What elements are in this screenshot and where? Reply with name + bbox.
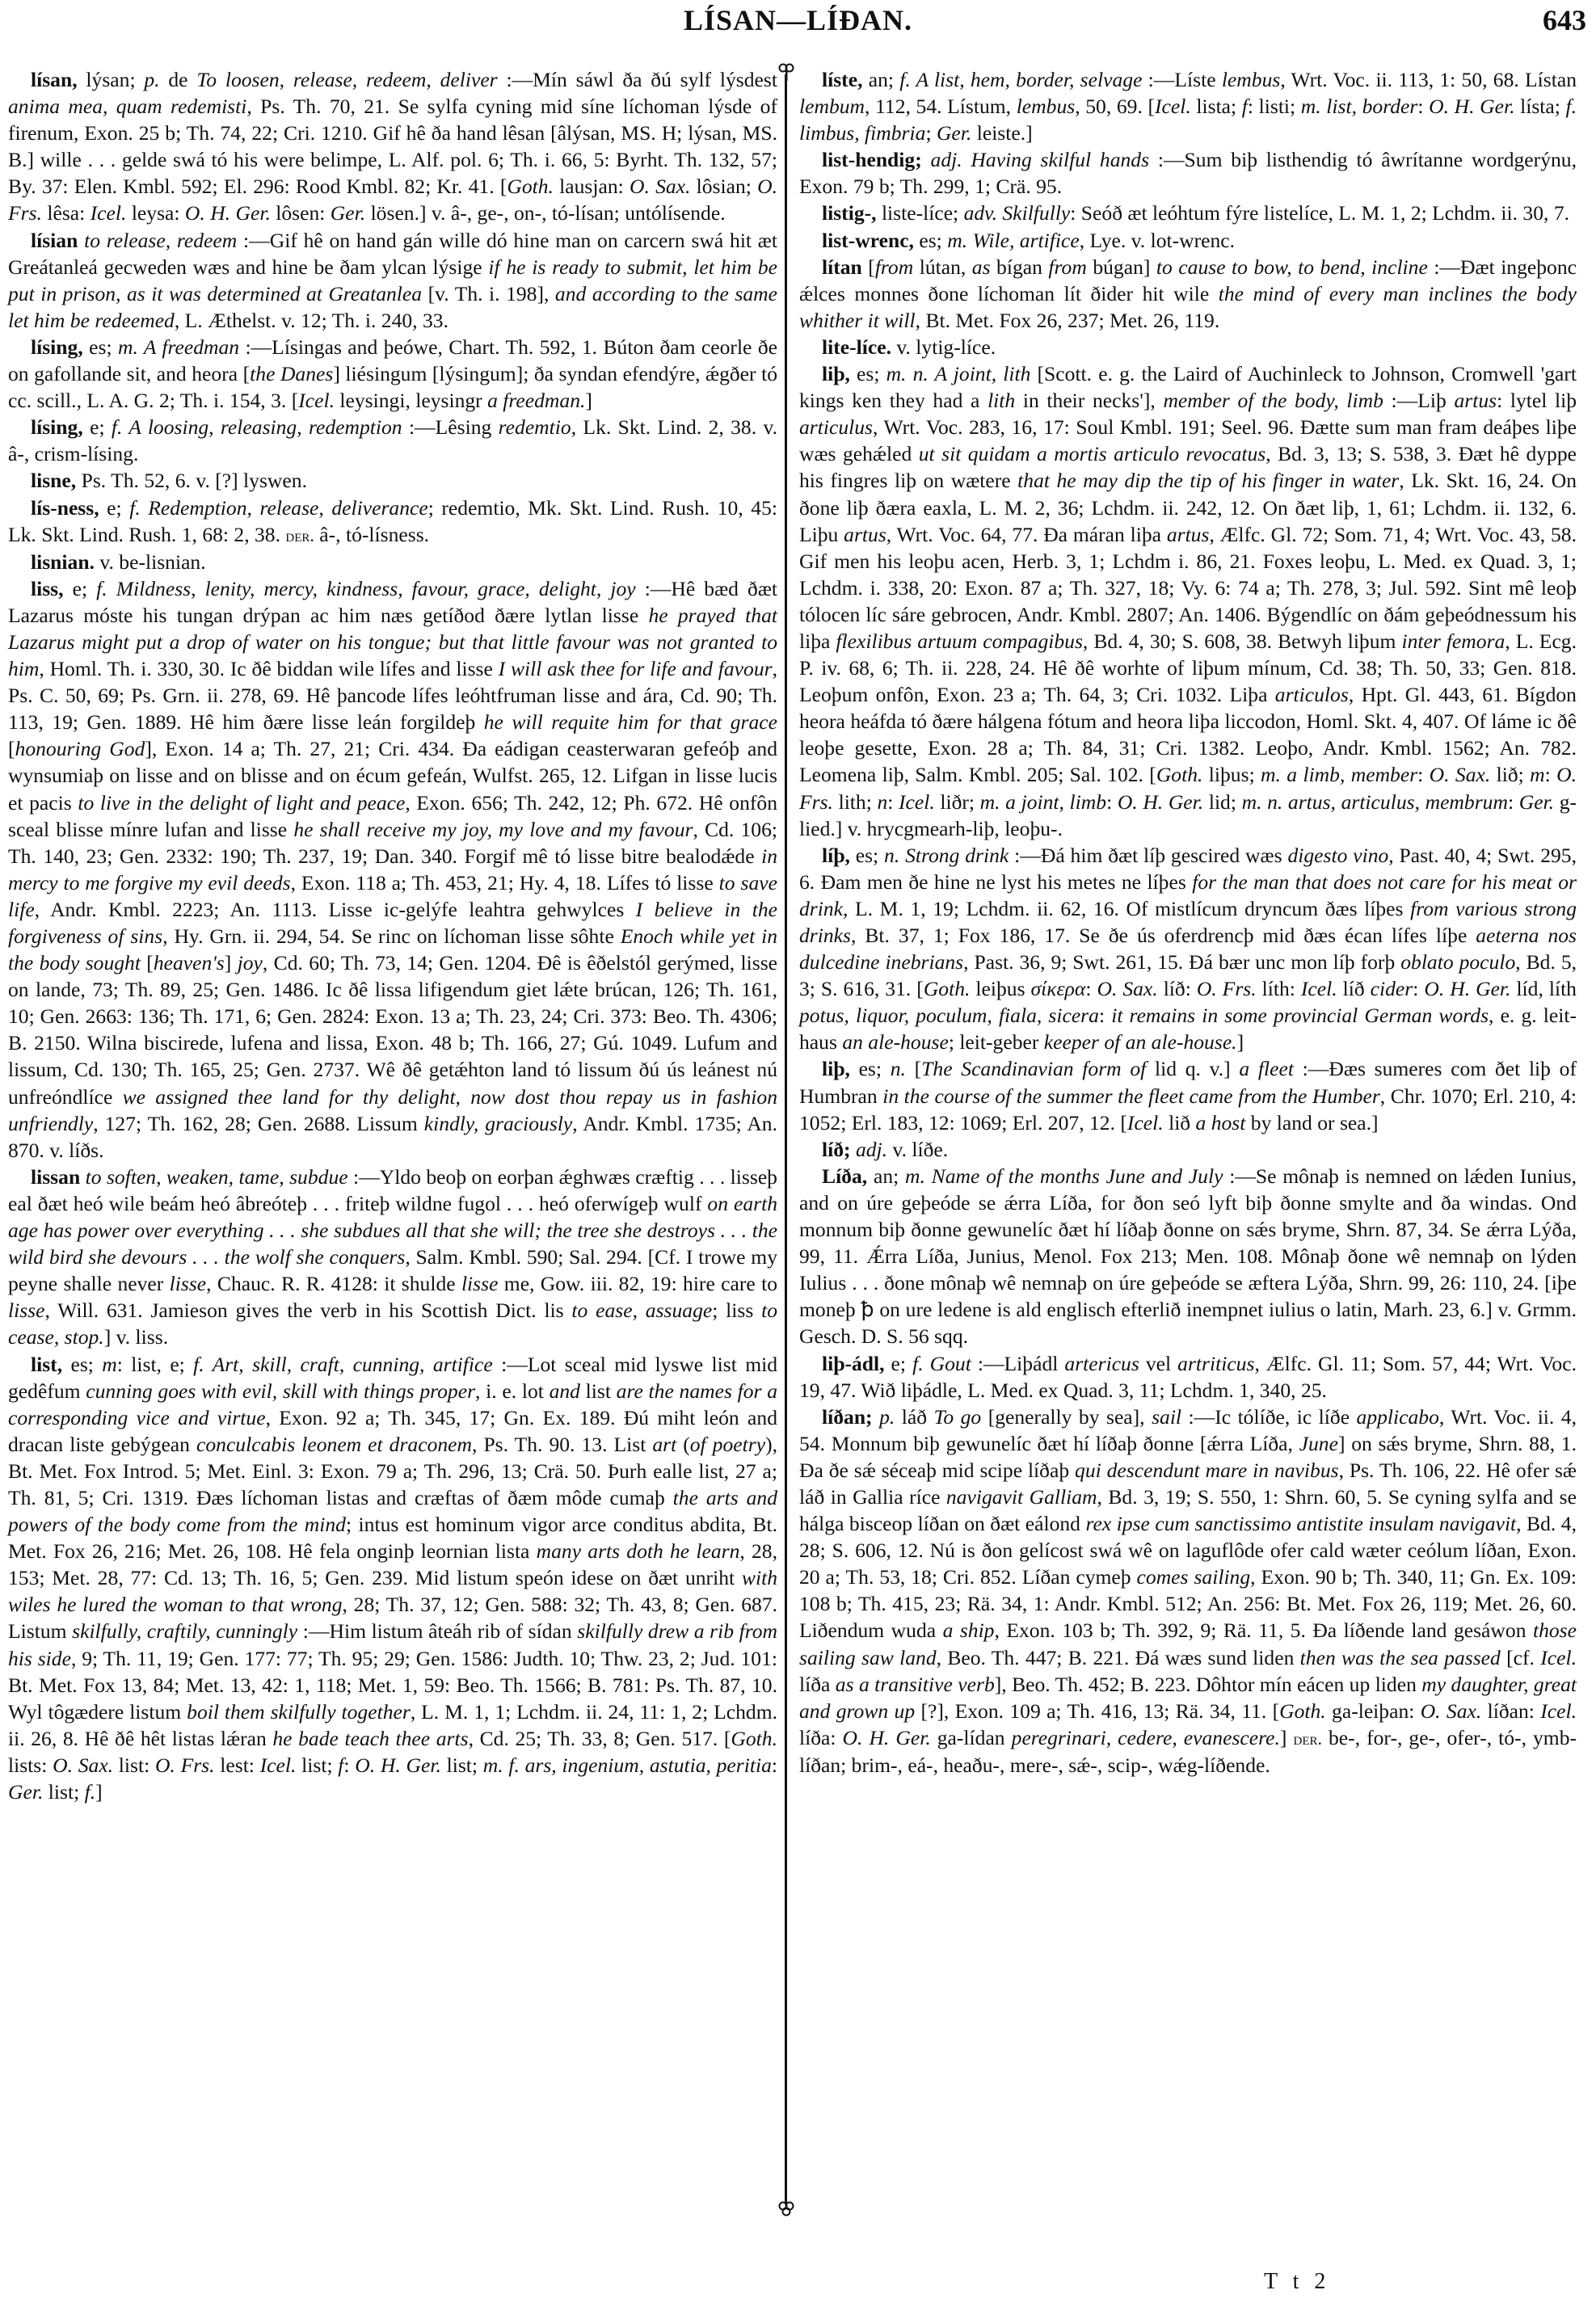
italic-gloss: artus <box>844 523 886 546</box>
italic-gloss: m. a limb, member <box>1261 763 1417 786</box>
dictionary-entry: liþ-ádl, e; f. Gout :—Liþádl artericus v… <box>799 1350 1577 1404</box>
italic-gloss: m. n. artus, articulus, membrum <box>1242 790 1508 814</box>
entry-text: lôsen: <box>271 201 331 225</box>
entry-text: : <box>1106 790 1118 814</box>
entry-text: lútan, <box>913 255 972 279</box>
headword: lite-líce. <box>822 335 891 359</box>
headword: lítan <box>822 255 862 279</box>
entry-text: :—Liþádl <box>971 1352 1065 1375</box>
italic-gloss: Icel. <box>899 790 935 814</box>
italic-gloss: articulos <box>1275 683 1349 706</box>
small-caps-label: der. <box>1293 1728 1322 1749</box>
entry-text: [ <box>8 737 15 760</box>
entry-text: , 127; Th. 162, 28; Gen. 2688. Lissum <box>93 1112 424 1135</box>
dictionary-entry: lisnian. v. be-lisnian. <box>8 549 777 575</box>
entry-text: lists: <box>8 1753 53 1777</box>
entry-text: : <box>1545 763 1556 786</box>
entry-text: ] <box>225 951 238 974</box>
entry-text: [ <box>862 255 875 279</box>
entry-text: ; <box>925 121 937 145</box>
headword: list, <box>31 1353 62 1376</box>
italic-gloss: ut sit quidam a mortis articulo revocatu… <box>919 442 1266 465</box>
entry-text: lista; <box>1191 95 1242 118</box>
headword: lísing, <box>31 415 83 439</box>
italic-gloss: he will requite him for that grace <box>484 710 777 734</box>
entry-text: , Andr. Kmbl. 2223; An. 1113. Lisse ic-g… <box>35 898 636 921</box>
italic-gloss: Goth. <box>731 1727 777 1750</box>
italic-gloss: Icel. <box>1127 1111 1164 1134</box>
italic-gloss: qui descendunt mare in navibus <box>1075 1459 1339 1482</box>
italic-gloss: from <box>1048 255 1086 279</box>
entry-text: an; <box>867 1164 905 1188</box>
italic-gloss: O. Sax. <box>1097 977 1157 1000</box>
italic-gloss: Icel. <box>1540 1699 1577 1723</box>
entry-text: lið; <box>1490 763 1530 786</box>
dictionary-entry: líðan; p. láð To go [generally by sea], … <box>799 1404 1577 1779</box>
italic-gloss: lisse <box>170 1272 207 1295</box>
entry-text: , i. e. lot <box>475 1379 550 1403</box>
dictionary-entry: list, es; m: list, e; f. Art, skill, cra… <box>8 1351 777 1806</box>
italic-gloss: lembus <box>1222 68 1281 91</box>
italic-gloss: lembum <box>799 95 865 118</box>
entry-text: búgan] <box>1087 255 1156 279</box>
entry-text: es; <box>83 335 118 359</box>
italic-gloss: comes sailing <box>1137 1565 1251 1589</box>
entry-text: es; <box>62 1353 102 1376</box>
italic-gloss: f. A loosing, releasing, redemption <box>112 415 402 439</box>
headword: lís-ness, <box>31 496 99 520</box>
entry-text: leiþus <box>970 977 1030 1000</box>
entry-text: , Will. 631. Jamieson gives the verb in … <box>45 1299 572 1322</box>
entry-text: : <box>1099 1004 1111 1027</box>
italic-gloss: articulus <box>799 415 873 439</box>
entry-text: : <box>343 1753 355 1777</box>
entry-text: â-, tó-lísness. <box>314 523 429 546</box>
italic-gloss: navigavit Galliam <box>946 1485 1097 1509</box>
dictionary-entry: líþ, es; n. Strong drink :—Ðá him ðæt lí… <box>799 842 1577 1056</box>
dictionary-entry: liþ, es; n. [The Scandinavian form of li… <box>799 1055 1577 1135</box>
entry-text: líða: <box>799 1726 843 1749</box>
entry-text: , Ps. Th. 90. 13. List <box>472 1433 652 1456</box>
italic-gloss: cider <box>1371 977 1413 1000</box>
headword: lísing, <box>31 335 83 359</box>
headword: liþ, <box>822 362 850 385</box>
italic-gloss: digesto vino <box>1287 844 1388 867</box>
entry-text: lausjan: <box>554 175 630 198</box>
italic-gloss: O. Frs. <box>1197 977 1257 1000</box>
italic-gloss: an ale-house <box>842 1030 949 1054</box>
dictionary-entry: liss, e; f. Mildness, lenity, mercy, kin… <box>8 575 777 1164</box>
italic-gloss: f. Art, skill, craft, cunning, artifice <box>193 1353 493 1376</box>
italic-gloss: member of the body, limb <box>1163 389 1383 412</box>
entry-text: , Hy. Grn. ii. 294, 54. Se rinc on lícho… <box>162 924 621 948</box>
italic-gloss: a fleet <box>1239 1057 1294 1080</box>
entry-text: es; <box>914 229 947 252</box>
italic-gloss: m. Name of the months June and July <box>905 1164 1223 1188</box>
italic-gloss: to cause to bow, to bend, incline <box>1156 255 1428 279</box>
dictionary-entry: lite-líce. v. lytig-líce. <box>799 334 1577 360</box>
italic-gloss: applicabo <box>1357 1405 1439 1429</box>
italic-gloss: potus, liquor, poculum, fiala, sicera <box>799 1004 1099 1027</box>
italic-gloss: Ger. <box>331 201 365 225</box>
entry-text: , L. Æthelst. v. 12; Th. i. 240, 33. <box>175 309 448 332</box>
headword: líþ, <box>822 844 850 867</box>
entry-text: lösen.] v. â-, ge-, on-, tó-lísan; untól… <box>365 201 725 225</box>
entry-text: :—Lêsing <box>402 415 499 439</box>
entry-text: lið <box>1164 1111 1196 1134</box>
headword: lísian <box>31 229 78 252</box>
entry-text: [?], Exon. 109 a; Th. 416, 13; Rä. 34, 1… <box>915 1699 1279 1723</box>
column-ornament-bottom-icon <box>777 2199 795 2217</box>
italic-gloss: Ger. <box>8 1780 43 1804</box>
dictionary-entry: lís-ness, e; f. Redemption, release, del… <box>8 495 777 549</box>
entry-text <box>78 229 84 252</box>
italic-gloss: p. <box>144 68 159 91</box>
italic-gloss: sail <box>1152 1405 1181 1429</box>
entry-text: :—Liþ <box>1383 389 1455 412</box>
italic-gloss: O. Sax. <box>1430 763 1491 786</box>
entry-text: : <box>1413 977 1424 1000</box>
entry-text: lýsan; <box>78 68 145 91</box>
entry-text: liste-líce; <box>877 201 964 225</box>
entry-text: : Seóð æt leóhtum fýre listelíce, L. M. … <box>1070 201 1569 225</box>
italic-gloss: redemtio <box>499 415 571 439</box>
entry-text: ] <box>585 389 592 412</box>
entry-text: : list, e; <box>117 1353 193 1376</box>
italic-gloss: boil them skilfully together <box>187 1700 411 1724</box>
entry-text: :—Him listum âteáh rib of sídan <box>297 1619 577 1643</box>
entry-text: , Wrt. Voc. ii. 113, 1: 50, 68. Lístan <box>1280 68 1577 91</box>
italic-gloss: O. H. Ger. <box>1429 95 1514 118</box>
entry-text: líd, líth <box>1510 977 1577 1000</box>
entry-text: ] <box>1280 1726 1294 1749</box>
dictionary-entry: list-wrenc, es; m. Wile, artifice, Lye. … <box>799 227 1577 254</box>
entry-text: líth: <box>1257 977 1301 1000</box>
entry-text: list; <box>43 1780 84 1804</box>
italic-gloss: it remains in some provincial German wor… <box>1111 1004 1489 1027</box>
entry-text: e; <box>64 577 97 600</box>
dictionary-entry: lissan to soften, weaken, tame, subdue :… <box>8 1164 777 1351</box>
entry-text: ga-leiþan: <box>1326 1699 1421 1723</box>
entry-text: e; <box>885 1352 913 1375</box>
italic-gloss: artus <box>1167 523 1210 546</box>
italic-gloss: Icel. <box>298 389 335 412</box>
italic-gloss: in the course of the summer the fleet ca… <box>882 1084 1380 1108</box>
entry-text: ga-lídan <box>931 1726 1012 1749</box>
entry-text: in their necks'], <box>1015 389 1163 412</box>
italic-gloss: conculcabis leonem et draconem <box>196 1433 472 1456</box>
entry-text: [ <box>141 951 154 974</box>
entry-text: es; <box>850 844 884 867</box>
italic-gloss: σίκερα <box>1031 977 1086 1000</box>
italic-gloss: Icel. <box>260 1753 297 1777</box>
italic-gloss: art <box>652 1433 676 1456</box>
headword: lísan, <box>31 68 78 91</box>
entry-text: , 112, 54. Lístum, <box>865 95 1017 118</box>
italic-gloss: lisse <box>461 1272 499 1295</box>
italic-gloss: m. n. A joint, lith <box>886 362 1031 385</box>
dictionary-entry: líste, an; f. A list, hem, border, selva… <box>799 66 1577 146</box>
entry-text: v. be-lisnian. <box>95 550 206 574</box>
italic-gloss: I will ask thee for life and favour <box>499 657 773 680</box>
entry-text: líða <box>799 1673 836 1696</box>
italic-gloss: to soften, weaken, tame, subdue <box>86 1165 348 1189</box>
italic-gloss: artericus <box>1064 1352 1139 1375</box>
entry-text: láð <box>895 1405 933 1429</box>
italic-gloss: kindly, graciously <box>424 1112 573 1135</box>
dictionary-entry: Líða, an; m. Name of the months June and… <box>799 1163 1577 1350</box>
entry-text: Ps. Th. 52, 6. v. [?] lyswen. <box>76 469 307 492</box>
entry-text: :—Ic tólíðe, ic líðe <box>1181 1405 1356 1429</box>
italic-gloss: he bade teach thee arts <box>272 1727 468 1750</box>
italic-gloss: O. Sax. <box>53 1753 113 1777</box>
entry-text: , Past. 36, 9; Swt. 261, 15. Ðá bær unc … <box>963 950 1400 974</box>
entry-text: , Bt. Met. Fox 26, 237; Met. 26, 119. <box>916 309 1220 332</box>
italic-gloss: cunning goes with evil, skill with thing… <box>86 1379 475 1403</box>
entry-text: leysa: <box>126 201 185 225</box>
entry-text: de <box>160 68 197 91</box>
italic-gloss: from <box>875 255 913 279</box>
entry-text: liþus; <box>1202 763 1261 786</box>
italic-gloss: n. <box>891 1057 906 1080</box>
italic-gloss: adv. Skilfully <box>964 201 1071 225</box>
column-divider <box>785 74 787 2204</box>
entry-text: :—Se mônaþ is nemned on lǽden Iunius, an… <box>799 1164 1577 1349</box>
dictionary-entry: list-hendig; adj. Having skilful hands :… <box>799 146 1577 200</box>
entry-text <box>922 148 931 171</box>
italic-gloss: O. Sax. <box>1421 1699 1482 1723</box>
entry-text: e; <box>99 496 130 520</box>
italic-gloss: m <box>102 1353 116 1376</box>
entry-text: , Cd. 25; Th. 33, 8; Gen. 517. [ <box>469 1727 731 1750</box>
italic-gloss: f. <box>85 1780 96 1804</box>
italic-gloss: heaven's <box>154 951 225 974</box>
entry-text: lôsian; <box>690 175 757 198</box>
signature-mark: T t 2 <box>1264 2269 1330 2295</box>
entry-text: liðr; <box>935 790 980 814</box>
headword: lisne, <box>31 469 76 492</box>
italic-gloss: that he may dip the tip of his finger in… <box>1017 469 1399 492</box>
italic-gloss: of poetry <box>690 1433 765 1456</box>
entry-text: , Chauc. R. R. 4128: it shulde <box>206 1272 461 1295</box>
italic-gloss: he shall receive my joy, my love and my … <box>293 818 693 841</box>
italic-gloss: June <box>1299 1432 1338 1455</box>
left-column: lísan, lýsan; p. de To loosen, release, … <box>8 66 777 1805</box>
entry-text: ], Beo. Th. 452; B. 223. Dôhtor mín eáce… <box>995 1673 1422 1696</box>
italic-gloss: as <box>972 255 991 279</box>
italic-gloss: p. <box>879 1405 895 1429</box>
italic-gloss: O. H. Ger. <box>355 1753 441 1777</box>
headword: lissan <box>31 1165 80 1189</box>
entry-text: an; <box>862 68 899 91</box>
entry-text: me, Gow. iii. 82, 19: hire care to <box>498 1272 777 1295</box>
italic-gloss: honouring God <box>15 737 145 760</box>
italic-gloss: f. Gout <box>912 1352 971 1375</box>
italic-gloss: m. A freedman <box>118 335 239 359</box>
entry-text: ; liss <box>712 1299 761 1322</box>
italic-gloss: f. Mildness, lenity, mercy, kindness, fa… <box>96 577 636 600</box>
italic-gloss: joy <box>238 951 263 974</box>
italic-gloss: Icel. <box>1301 977 1337 1000</box>
headword: Líða, <box>822 1164 867 1188</box>
italic-gloss: a freedman. <box>487 389 585 412</box>
entry-text: [ <box>906 1057 921 1080</box>
entry-text: , Exon. 118 a; Th. 453, 21; Hy. 4, 18. L… <box>291 871 719 895</box>
dictionary-entry: lísian to release, redeem :—Gif hê on ha… <box>8 227 777 334</box>
entry-text: , Homl. Th. i. 330, 30. Ic ðê biddan wil… <box>39 657 498 680</box>
italic-gloss: to live in the delight of light and peac… <box>78 791 405 815</box>
italic-gloss: Goth. <box>924 977 971 1000</box>
italic-gloss: peregrinari, cedere, evanescere. <box>1012 1726 1280 1749</box>
entry-text: lêsa: <box>42 201 91 225</box>
italic-gloss: O. H. Ger. <box>843 1726 931 1749</box>
entry-text: vel <box>1139 1352 1177 1375</box>
italic-gloss: Goth. <box>1279 1699 1326 1723</box>
italic-gloss: To loosen, release, redeem, deliver <box>196 68 497 91</box>
italic-gloss: O. Sax. <box>630 175 690 198</box>
italic-gloss: artriticus <box>1177 1352 1254 1375</box>
page-title: LÍSAN—LÍÐAN. <box>0 3 1596 37</box>
italic-gloss: anima mea, quam redemisti <box>8 95 246 118</box>
italic-gloss: Icel. <box>91 201 127 225</box>
entry-text: : <box>1085 977 1097 1000</box>
entry-text: : <box>1508 790 1519 814</box>
entry-text: by land or sea.] <box>1245 1111 1378 1134</box>
italic-gloss: f <box>1242 95 1248 118</box>
entry-text: [generally by sea], <box>981 1405 1152 1429</box>
page-number: 643 <box>1543 3 1586 37</box>
entry-text: líðan: <box>1481 1699 1540 1723</box>
entry-text: lid; <box>1203 790 1241 814</box>
entry-text: : lytel liþ <box>1497 389 1577 412</box>
italic-gloss: and <box>550 1379 580 1403</box>
italic-gloss: m <box>1530 763 1544 786</box>
italic-gloss: Goth. <box>1156 763 1203 786</box>
entry-text: , Beo. Th. 447; B. 221. Ðá wæs sund lide… <box>937 1646 1300 1669</box>
italic-gloss: a ship <box>943 1619 995 1642</box>
italic-gloss: Goth. <box>507 175 554 198</box>
entry-text: :—Mín sáwl ða ðú sylf lýsdest <box>498 68 777 91</box>
headword: lisnian. <box>31 550 95 574</box>
entry-text: lith; <box>833 790 878 814</box>
entry-text: es; <box>850 362 886 385</box>
italic-gloss: to release, redeem <box>84 229 237 252</box>
entry-text: list: <box>113 1753 155 1777</box>
italic-gloss: Ger. <box>937 121 971 145</box>
italic-gloss: flexilibus artuum compagibus <box>836 629 1083 653</box>
italic-gloss: Icel. <box>1155 95 1191 118</box>
entry-text: list; <box>441 1753 483 1777</box>
entry-text: list <box>580 1379 617 1403</box>
headword: list-hendig; <box>822 148 922 171</box>
entry-text: list; <box>296 1753 338 1777</box>
entry-text <box>873 1405 879 1429</box>
headword: líste, <box>822 68 862 91</box>
dictionary-entry: listig-, liste-líce; adv. Skilfully: Seó… <box>799 200 1577 226</box>
italic-gloss: O. H. Ger. <box>1118 790 1203 814</box>
dictionary-entry: líð; adj. v. líðe. <box>799 1136 1577 1163</box>
italic-gloss: Icel. <box>1540 1646 1577 1669</box>
entry-text: , L. M. 1, 19; Lchdm. ii. 62, 16. Of mis… <box>843 897 1410 920</box>
italic-gloss: skilfully, craftily, cunningly <box>72 1619 297 1643</box>
italic-gloss: rex ipse cum sanctissimo antistite insul… <box>1085 1512 1516 1535</box>
italic-gloss: oblato poculo <box>1400 950 1515 974</box>
italic-gloss: lith <box>987 389 1015 412</box>
small-caps-label: der. <box>285 525 314 545</box>
entry-text: [cf. <box>1501 1646 1540 1669</box>
italic-gloss: n <box>877 790 887 814</box>
headword: líð; <box>822 1138 851 1161</box>
dictionary-entry: lísing, e; f. A loosing, releasing, rede… <box>8 414 777 467</box>
italic-gloss: to ease, assuage <box>571 1299 712 1322</box>
entry-text: : <box>772 1753 777 1777</box>
entry-text: leiste.] <box>971 121 1032 145</box>
entry-text: líð: <box>1158 977 1197 1000</box>
entry-text: :—Ðá him ðæt líþ gescired wæs <box>1009 844 1287 867</box>
italic-gloss: lembus <box>1017 95 1076 118</box>
italic-gloss: Ger. <box>1519 790 1554 814</box>
dictionary-entry: lísing, es; m. A freedman :—Lísingas and… <box>8 334 777 414</box>
italic-gloss: f. A list, hem, border, selvage <box>899 68 1142 91</box>
entry-text: lísta; <box>1514 95 1565 118</box>
entry-text: , Exon. 103 b; Th. 392, 9; Rä. 11, 5. Ða… <box>994 1619 1532 1642</box>
entry-text: e; <box>83 415 112 439</box>
headword: liþ, <box>822 1057 850 1080</box>
entry-text: es; <box>850 1057 891 1080</box>
italic-gloss: keeper of an ale-house. <box>1044 1030 1237 1054</box>
entry-text: ; leit-geber <box>949 1030 1044 1054</box>
headword: list-wrenc, <box>822 229 914 252</box>
entry-text: : <box>1417 95 1429 118</box>
italic-gloss: lisse <box>8 1299 45 1322</box>
italic-gloss: as a transitive verb <box>836 1673 995 1696</box>
italic-gloss: m. a joint, limb <box>980 790 1106 814</box>
italic-gloss: artus <box>1454 389 1497 412</box>
entry-text: , Bd. 4, 30; S. 608, 38. Betwyh liþum <box>1083 629 1402 653</box>
running-head: LÍSAN—LÍÐAN. 643 <box>0 3 1596 44</box>
entry-text: bígan <box>991 255 1049 279</box>
headword: listig-, <box>822 201 877 225</box>
entry-text: , Bt. 37, 1; Fox 186, 17. Se ðe ús oferd… <box>851 924 1476 947</box>
italic-gloss: adj. Having skilful hands <box>931 148 1150 171</box>
dictionary-entry: liþ, es; m. n. A joint, lith [Scott. e. … <box>799 360 1577 842</box>
entry-text: v. líðe. <box>887 1138 948 1161</box>
italic-gloss: m. f. ars, ingenium, astutia, peritia <box>483 1753 772 1777</box>
italic-gloss: f. Redemption, release, deliverance <box>129 496 428 520</box>
italic-gloss: O. H. Ger. <box>185 201 271 225</box>
entry-text: : listi; <box>1248 95 1301 118</box>
entry-text: :—Líste <box>1142 68 1221 91</box>
italic-gloss: the Danes <box>250 362 333 385</box>
dictionary-entry: lisne, Ps. Th. 52, 6. v. [?] lyswen. <box>8 467 777 494</box>
entry-text: , 50, 69. [ <box>1075 95 1155 118</box>
italic-gloss: O. Frs. <box>155 1753 215 1777</box>
italic-gloss: inter femora <box>1401 629 1505 653</box>
italic-gloss: a host <box>1196 1111 1246 1134</box>
dictionary-entry: lísan, lýsan; p. de To loosen, release, … <box>8 66 777 227</box>
entry-text: líð <box>1337 977 1371 1000</box>
entry-text: [v. Th. i. 198], <box>422 282 555 305</box>
entry-text: , Wrt. Voc. 64, 77. Ða máran liþa <box>886 523 1167 546</box>
italic-gloss: m. Wile, artifice <box>947 229 1080 252</box>
entry-text: leysingi, leysingr <box>335 389 487 412</box>
headword: líðan; <box>822 1405 873 1429</box>
entry-text: ] <box>1237 1030 1244 1054</box>
italic-gloss: n. Strong drink <box>884 844 1009 867</box>
headword: liþ-ádl, <box>822 1352 885 1375</box>
entry-text: , Lye. v. lot-wrenc. <box>1080 229 1235 252</box>
headword: liss, <box>31 577 64 600</box>
